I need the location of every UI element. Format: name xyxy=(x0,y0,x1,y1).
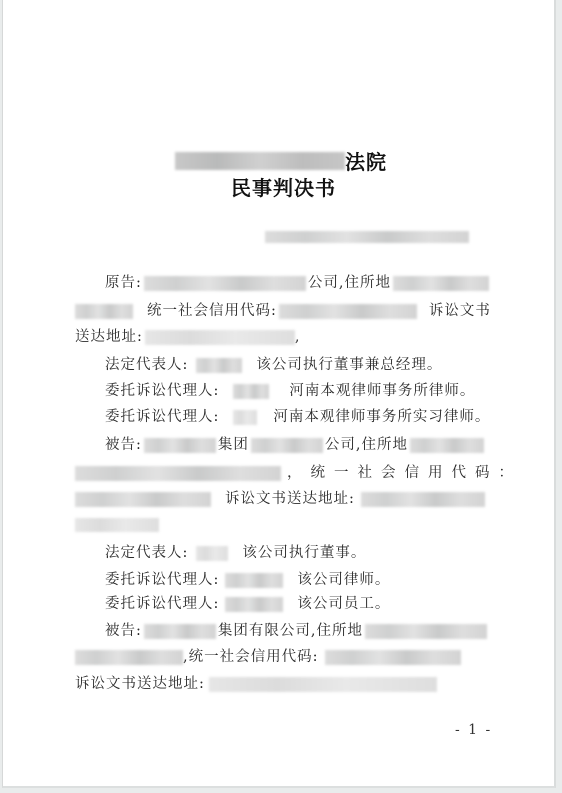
defendant-service-address-label: 诉讼文书送达地址: xyxy=(225,488,355,510)
plaintiff-agent-2: 委托诉讼代理人: 河南本观律师事务所实习律师。 xyxy=(105,406,490,428)
plaintiff-agent-1: 委托诉讼代理人: 河南本观律师事务所律师。 xyxy=(105,380,475,402)
redacted-defendant-address-cont xyxy=(75,650,183,665)
redacted-defendant-name xyxy=(144,624,216,639)
redacted-defendant-service-address-cont xyxy=(75,518,159,532)
redacted-plaintiff-credit-code xyxy=(279,304,417,319)
defendant-credit-code-label: ，统一社会信用代码： xyxy=(287,462,522,484)
plaintiff-line-2: 统一社会信用代码: 诉讼文书 xyxy=(75,300,491,322)
redacted-case-number xyxy=(265,231,469,243)
redacted-legal-rep-name xyxy=(196,546,228,561)
page-number: - 1 - xyxy=(455,722,492,738)
redacted-agent-name xyxy=(233,410,257,425)
redacted-plaintiff-name xyxy=(144,276,306,291)
legal-rep-title: 该公司执行董事。 xyxy=(242,542,366,564)
agent-label: 委托诉讼代理人: xyxy=(105,406,219,428)
defendant1-line-2: ，统一社会信用代码： xyxy=(75,462,522,484)
defendant1-line-3: 诉讼文书送达地址: xyxy=(75,488,485,510)
plaintiff-legal-rep: 法定代表人: 该公司执行董事兼总经理。 xyxy=(105,354,442,376)
agent-role: 河南本观律师事务所律师。 xyxy=(289,380,475,402)
legal-rep-label: 法定代表人: xyxy=(105,354,188,376)
redacted-defendant-service-address xyxy=(361,492,485,507)
punctuation: , xyxy=(295,326,301,348)
redacted-defendant-name xyxy=(144,438,216,453)
agent-role: 该公司员工。 xyxy=(297,593,390,615)
redacted-plaintiff-service-address xyxy=(145,330,295,345)
defendant-group-text: 集团 xyxy=(218,434,249,456)
redacted-defendant-credit-code xyxy=(75,492,211,507)
defendant2-line-1: 被告: 集团有限公司,住所地 xyxy=(105,620,487,642)
defendant1-agent-2: 委托诉讼代理人: 该公司员工。 xyxy=(105,593,390,615)
defendant1-line-1: 被告: 集团 公司,住所地 xyxy=(105,434,484,456)
agent-label: 委托诉讼代理人: xyxy=(105,569,219,591)
document-title-text: 民事判决书 xyxy=(231,172,336,201)
agent-role: 该公司律师。 xyxy=(297,569,390,591)
plaintiff-credit-code-label: 统一社会信用代码: xyxy=(147,300,277,322)
redacted-legal-rep-name xyxy=(196,358,242,373)
redacted-plaintiff-address-cont xyxy=(75,304,133,319)
document-page: 法院 民事判决书 原告: 公司,住所地 统一社会信用代码: 诉讼文书 送达地址:… xyxy=(2,0,556,788)
case-number xyxy=(265,228,469,246)
defendant2-line-3: 诉讼文书送达地址: xyxy=(75,673,437,695)
legal-rep-label: 法定代表人: xyxy=(105,542,188,564)
redacted-defendant-address-cont xyxy=(75,466,281,481)
defendant-company-suffix: 集团有限公司,住所地 xyxy=(218,620,363,642)
redacted-agent-name xyxy=(225,597,283,612)
agent-label: 委托诉讼代理人: xyxy=(105,593,219,615)
plaintiff-line-1: 原告: 公司,住所地 xyxy=(105,272,489,294)
redacted-defendant-address xyxy=(365,624,487,639)
defendant-label: 被告: xyxy=(105,434,142,456)
redacted-defendant-address xyxy=(410,438,484,453)
redacted-agent-name xyxy=(233,384,269,399)
redacted-defendant-name-cont xyxy=(251,438,323,453)
redacted-defendant-credit-code xyxy=(325,650,461,665)
redacted-defendant-service-address xyxy=(209,677,437,692)
defendant-label: 被告: xyxy=(105,620,142,642)
redacted-agent-name xyxy=(225,573,283,588)
defendant1-agent-1: 委托诉讼代理人: 该公司律师。 xyxy=(105,569,390,591)
plaintiff-service-address-label: 诉讼文书 xyxy=(429,300,491,322)
agent-role: 河南本观律师事务所实习律师。 xyxy=(273,406,490,428)
court-name: 法院 xyxy=(175,146,387,175)
defendant-service-address-label: 诉讼文书送达地址: xyxy=(75,673,205,695)
document-title: 民事判决书 xyxy=(231,172,336,201)
plaintiff-line-3: 送达地址: , xyxy=(75,326,301,348)
defendant2-line-2: ,统一社会信用代码: xyxy=(75,646,461,668)
court-name-suffix: 法院 xyxy=(345,146,387,175)
plaintiff-service-address-label-cont: 送达地址: xyxy=(75,326,143,348)
defendant-credit-code-label: ,统一社会信用代码: xyxy=(183,646,319,668)
plaintiff-company-suffix: 公司,住所地 xyxy=(308,272,391,294)
redacted-court-name xyxy=(175,152,345,170)
plaintiff-label: 原告: xyxy=(105,272,142,294)
defendant1-legal-rep: 法定代表人: 该公司执行董事。 xyxy=(105,542,366,564)
agent-label: 委托诉讼代理人: xyxy=(105,380,219,402)
legal-rep-title: 该公司执行董事兼总经理。 xyxy=(256,354,442,376)
defendant-company-suffix: 公司,住所地 xyxy=(325,434,408,456)
defendant1-line-4 xyxy=(75,516,159,534)
redacted-plaintiff-address xyxy=(393,276,489,291)
